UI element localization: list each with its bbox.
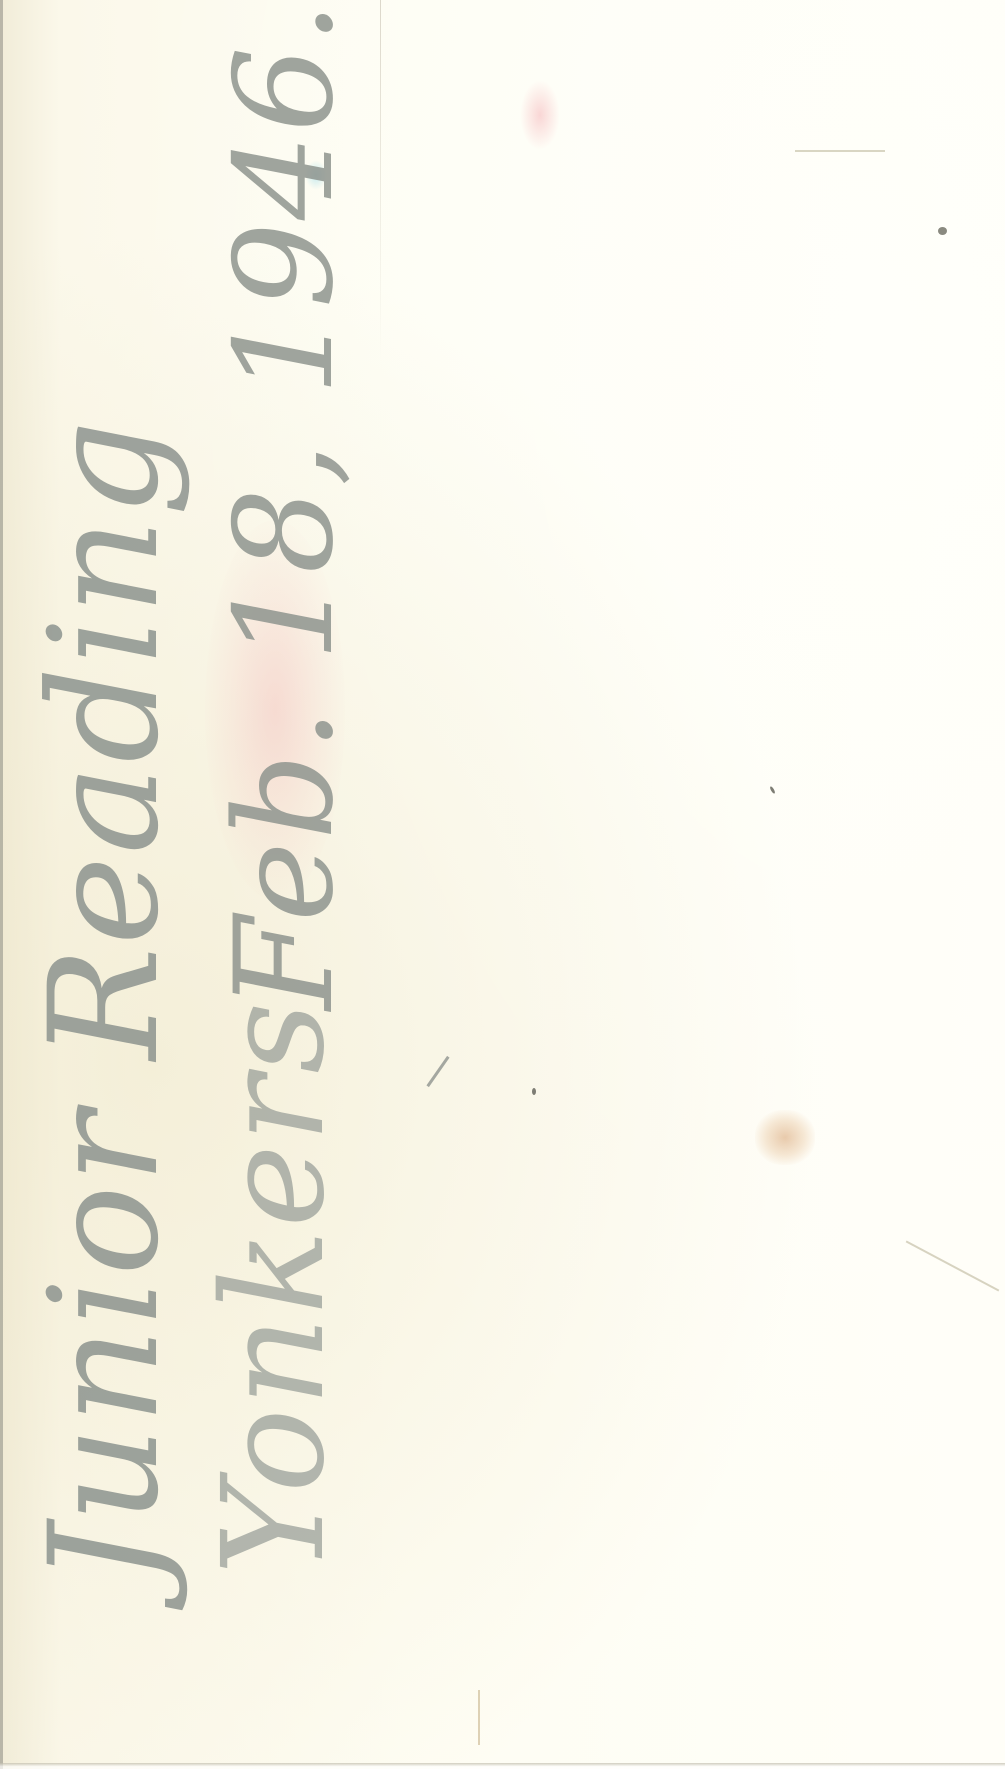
pencil-dash-mark [426, 1056, 449, 1087]
left-edge-shadow [0, 0, 3, 1769]
paper-crease [906, 1240, 1000, 1291]
handwriting-title: Junior Reading [30, 418, 180, 1585]
dirt-speck [938, 227, 947, 235]
dirt-speck [769, 786, 776, 794]
pink-mark-top [520, 80, 560, 150]
handwriting-place: Yonkers [205, 1000, 345, 1575]
fold-mark-bottom [478, 1690, 480, 1745]
handwriting-date: Feb. 18, 1946. [215, 0, 355, 1010]
bottom-edge [0, 1763, 1005, 1769]
paper-crease [795, 150, 885, 152]
foxing-stain [755, 1110, 815, 1165]
fold-mark [380, 0, 381, 360]
dirt-speck [532, 1088, 536, 1095]
paper-card: Junior Reading Yonkers Feb. 18, 1946. [0, 0, 1005, 1769]
